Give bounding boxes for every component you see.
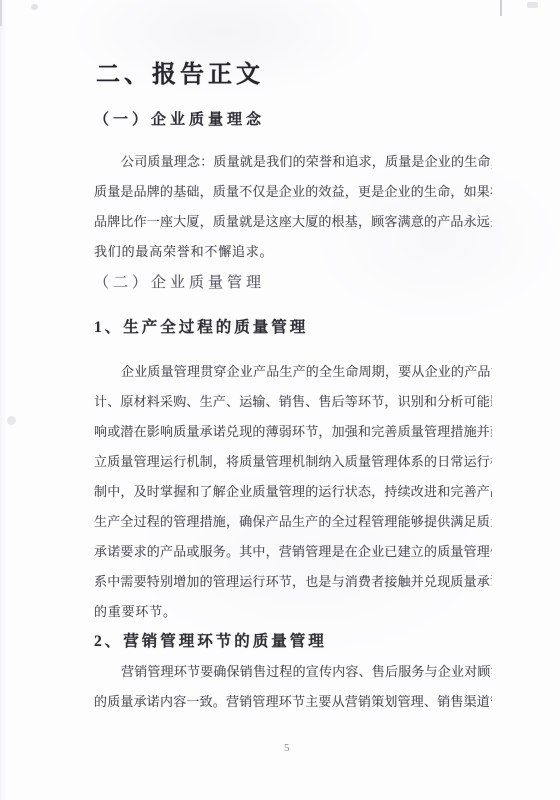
text-line: 营销管理环节要确保销售过程的宣传内容、售后服务与企业对顾客 [94,657,492,687]
section-heading-quality-philosophy: （一）企业质量理念 [94,108,265,129]
subheading-marketing-quality: 2、营销管理环节的质量管理 [94,629,327,651]
text-line: 系中需要特别增加的管理运行环节，也是与消费者接触并兑现质量承诺 [94,567,492,597]
page-number: 5 [284,742,290,754]
text-line: 立质量管理运行机制，将质量管理机制纳入质量管理体系的日常运行机 [94,447,492,477]
report-body-title: 二、报告正文 [96,54,264,89]
text-line: 制中，及时掌握和了解企业质量管理的运行状态，持续改进和完善产品 [94,477,492,507]
text-line: 企业质量管理贯穿企业产品生产的全生命周期，要从企业的产品设 [94,357,492,387]
text-line: 的重要环节。 [94,597,492,627]
scan-edge-artifact [0,0,2,26]
text-line: 响或潜在影响质量承诺兑现的薄弱环节，加强和完善质量管理措施并建 [94,417,492,447]
document-page: 二、报告正文 （一）企业质量理念 公司质量理念：质量就是我们的荣誉和追求，质量是… [0,0,560,800]
text-line: 我们的最高荣誉和不懈追求。 [94,237,492,267]
text-line: 品牌比作一座大厦，质量就是这座大厦的根基，顾客满意的产品永远是 [94,207,492,237]
scan-smudge-artifact [7,416,16,425]
paragraph-marketing-quality: 营销管理环节要确保销售过程的宣传内容、售后服务与企业对顾客 的质量承诺内容一致。… [94,657,492,717]
text-line: 公司质量理念：质量就是我们的荣誉和追求，质量是企业的生命， [94,147,492,177]
scan-line-artifact [500,0,502,16]
scan-mark-artifact [527,2,538,8]
text-line: 的质量承诺内容一致。营销管理环节主要从营销策划管理、销售渠道管 [94,687,492,717]
subheading-production-process-quality: 1、生产全过程的质量管理 [94,315,308,337]
paragraph-quality-philosophy: 公司质量理念：质量就是我们的荣誉和追求，质量是企业的生命， 质量是品牌的基础，质… [94,147,492,267]
paragraph-production-quality: 企业质量管理贯穿企业产品生产的全生命周期，要从企业的产品设 计、原材料采购、生产… [94,357,492,627]
text-line: 承诺要求的产品或服务。其中，营销管理是在企业已建立的质量管理体 [94,537,492,567]
text-line: 质量是品牌的基础，质量不仅是企业的效益，更是企业的生命，如果将 [94,177,492,207]
section-heading-quality-management: （二）企业质量管理 [94,271,265,292]
scan-speck-artifact [31,4,38,10]
text-line: 生产全过程的管理措施，确保产品生产的全过程管理能够提供满足质量 [94,507,492,537]
text-line: 计、原材料采购、生产、运输、销售、售后等环节，识别和分析可能影 [94,387,492,417]
